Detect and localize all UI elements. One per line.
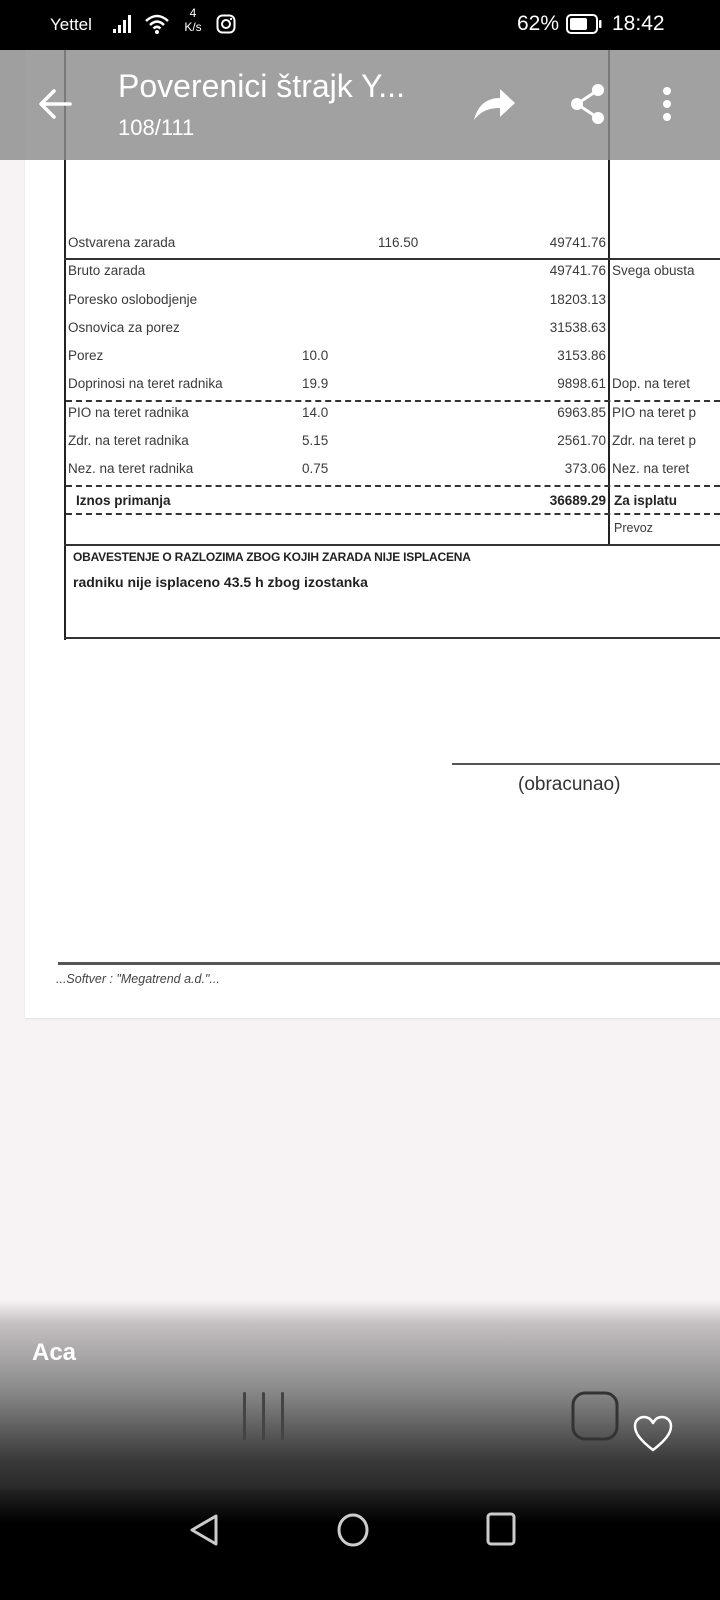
notice-border-bottom xyxy=(64,637,720,639)
row-amount: 18203.13 xyxy=(550,292,606,307)
share-button[interactable] xyxy=(568,82,608,126)
heart-icon xyxy=(632,1414,674,1454)
square-icon xyxy=(570,1390,620,1442)
row-right-label: Zdr. na teret p xyxy=(612,433,696,448)
image-counter: 108/111 xyxy=(118,115,194,141)
total-label: Iznos primanja xyxy=(76,493,171,508)
row-right-label: Nez. na teret xyxy=(612,461,689,476)
row-amount: 2561.70 xyxy=(557,433,606,448)
more-options-button[interactable] xyxy=(652,82,682,126)
menu-icon xyxy=(240,1390,288,1442)
nav-home-button[interactable] xyxy=(334,1510,372,1550)
row-label: Zdr. na teret radnika xyxy=(68,433,189,448)
row-amount: 3153.86 xyxy=(557,348,606,363)
forward-icon xyxy=(470,84,518,124)
row-rate: 0.75 xyxy=(302,461,328,476)
more-vert-icon xyxy=(652,82,682,126)
dashed-divider xyxy=(66,513,720,515)
row-label: Doprinosi na teret radnika xyxy=(68,376,223,391)
share-icon xyxy=(568,82,608,126)
row-label: PIO na teret radnika xyxy=(68,405,189,420)
row-amount: 49741.76 xyxy=(550,263,606,278)
notice-border-top xyxy=(64,544,720,546)
row-right-label: PIO na teret p xyxy=(612,405,696,420)
total-amount: 36689.29 xyxy=(550,493,606,508)
row-label: Osnovica za porez xyxy=(68,320,180,335)
row-amount: 6963.85 xyxy=(557,405,606,420)
row-amount: 9898.61 xyxy=(557,376,606,391)
row-amount: 373.06 xyxy=(565,461,606,476)
nav-recents-button[interactable] xyxy=(484,1510,518,1550)
row-rate: 10.0 xyxy=(302,348,328,363)
notice-text: radniku nije isplaceno 43.5 h zbog izost… xyxy=(73,574,368,590)
software-footer: ...Softver : "Megatrend a.d."... xyxy=(56,972,220,986)
row-amount: 31538.63 xyxy=(550,320,606,335)
row-label: Poresko oslobodjenje xyxy=(68,292,197,307)
row-right-label: Dop. na teret xyxy=(612,376,690,391)
row-label: Nez. na teret radnika xyxy=(68,461,193,476)
earned-amount: 49741.76 xyxy=(550,235,606,250)
forward-button[interactable] xyxy=(470,84,518,124)
row-right-label: Svega obusta xyxy=(612,263,695,278)
earned-label: Ostvarena zarada xyxy=(68,235,175,250)
signature-label: (obracunao) xyxy=(518,774,620,796)
dashed-divider xyxy=(66,400,720,402)
earned-hours: 116.50 xyxy=(378,235,418,250)
row-label: Bruto zarada xyxy=(68,263,145,278)
notice-title: OBAVESTENJE O RAZLOZIMA ZBOG KOJIH ZARAD… xyxy=(73,550,471,564)
app-bar xyxy=(0,50,720,160)
chat-title: Poverenici štrajk Y... xyxy=(118,68,405,105)
nav-recents-icon xyxy=(484,1510,518,1550)
footer-divider xyxy=(58,962,720,965)
back-button[interactable] xyxy=(34,82,78,126)
nav-home-icon xyxy=(334,1510,372,1550)
like-button[interactable] xyxy=(632,1414,674,1454)
row-rate: 19.9 xyxy=(302,376,328,391)
nav-back-button[interactable] xyxy=(186,1510,222,1550)
signature-line xyxy=(452,763,720,765)
back-arrow-icon xyxy=(34,82,78,126)
transport-label: Prevoz xyxy=(614,521,653,535)
pay-slip-document: Ostvarena zarada 116.50 49741.76 Bruto z… xyxy=(0,0,720,1100)
nav-back-icon xyxy=(186,1510,222,1550)
row-rate: 14.0 xyxy=(302,405,328,420)
dashed-divider xyxy=(66,485,720,487)
row-rate: 5.15 xyxy=(302,433,328,448)
row-label: Porez xyxy=(68,348,103,363)
section-divider xyxy=(64,258,720,260)
payout-label: Za isplatu xyxy=(614,493,677,508)
sender-name: Aca xyxy=(32,1339,76,1367)
